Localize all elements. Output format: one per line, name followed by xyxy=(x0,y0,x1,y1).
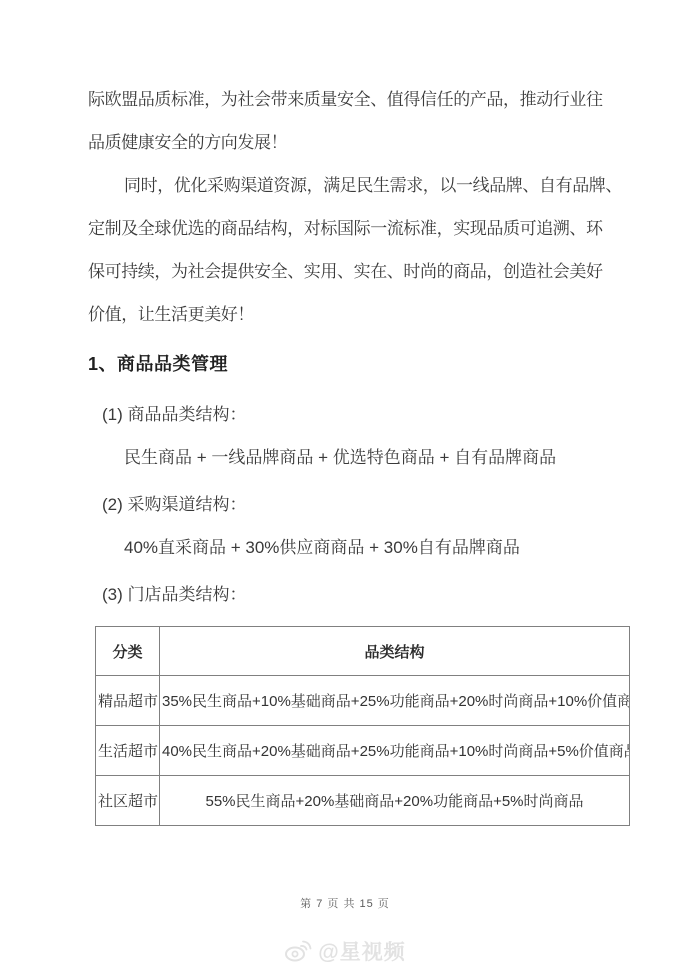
paragraph-line: 定制及全球优选的商品结构，对标国际一流标准，实现品质可追溯、环 xyxy=(88,207,602,250)
list-item-content-2: 40%直采商品 + 30%供应商商品 + 30%自有品牌商品 xyxy=(88,526,602,569)
watermark-text: @星视频 xyxy=(318,936,405,966)
list-item-label-1: (1) 商品品类结构： xyxy=(88,393,602,436)
paragraph-line: 保可持续，为社会提供安全、实用、实在、时尚的商品，创造社会美好 xyxy=(88,250,602,293)
list-item-content-1: 民生商品 + 一线品牌商品 + 优选特色商品 + 自有品牌商品 xyxy=(88,436,602,479)
paragraph-line: 品质健康安全的方向发展！ xyxy=(88,121,602,164)
page-number: 第 7 页 共 15 页 xyxy=(0,895,690,911)
cell-structure: 55%民生商品+20%基础商品+20%功能商品+5%时尚商品 xyxy=(160,776,630,826)
table-header-structure: 品类结构 xyxy=(160,627,630,676)
paragraph-line: 价值，让生活更美好！ xyxy=(88,293,602,336)
cell-category: 精品超市 xyxy=(96,676,160,726)
table-row: 精品超市 35%民生商品+10%基础商品+25%功能商品+20%时尚商品+10%… xyxy=(96,676,630,726)
table-header-row: 分类 品类结构 xyxy=(96,627,630,676)
watermark: @星视频 xyxy=(0,936,690,966)
paragraph-line: 际欧盟品质标准，为社会带来质量安全、值得信任的产品，推动行业往 xyxy=(88,78,602,121)
table-row: 生活超市 40%民生商品+20%基础商品+25%功能商品+10%时尚商品+5%价… xyxy=(96,726,630,776)
cell-category: 社区超市 xyxy=(96,776,160,826)
weibo-icon xyxy=(284,939,312,963)
table-row: 社区超市 55%民生商品+20%基础商品+20%功能商品+5%时尚商品 xyxy=(96,776,630,826)
cell-structure: 35%民生商品+10%基础商品+25%功能商品+20%时尚商品+10%价值商品 xyxy=(160,676,630,726)
section-heading: 1、商品品类管理 xyxy=(88,343,602,386)
cell-structure: 40%民生商品+20%基础商品+25%功能商品+10%时尚商品+5%价值商品 xyxy=(160,726,630,776)
list-item-label-2: (2) 采购渠道结构： xyxy=(88,483,602,526)
table-header-category: 分类 xyxy=(96,627,160,676)
document-page: 际欧盟品质标准，为社会带来质量安全、值得信任的产品，推动行业往 品质健康安全的方… xyxy=(0,0,690,976)
cell-category: 生活超市 xyxy=(96,726,160,776)
store-category-table: 分类 品类结构 精品超市 35%民生商品+10%基础商品+25%功能商品+20%… xyxy=(95,626,630,826)
document-body: 际欧盟品质标准，为社会带来质量安全、值得信任的产品，推动行业往 品质健康安全的方… xyxy=(0,0,690,826)
paragraph-line: 同时，优化采购渠道资源，满足民生需求，以一线品牌、自有品牌、 xyxy=(88,164,602,207)
list-item-label-3: (3) 门店品类结构： xyxy=(88,573,602,616)
